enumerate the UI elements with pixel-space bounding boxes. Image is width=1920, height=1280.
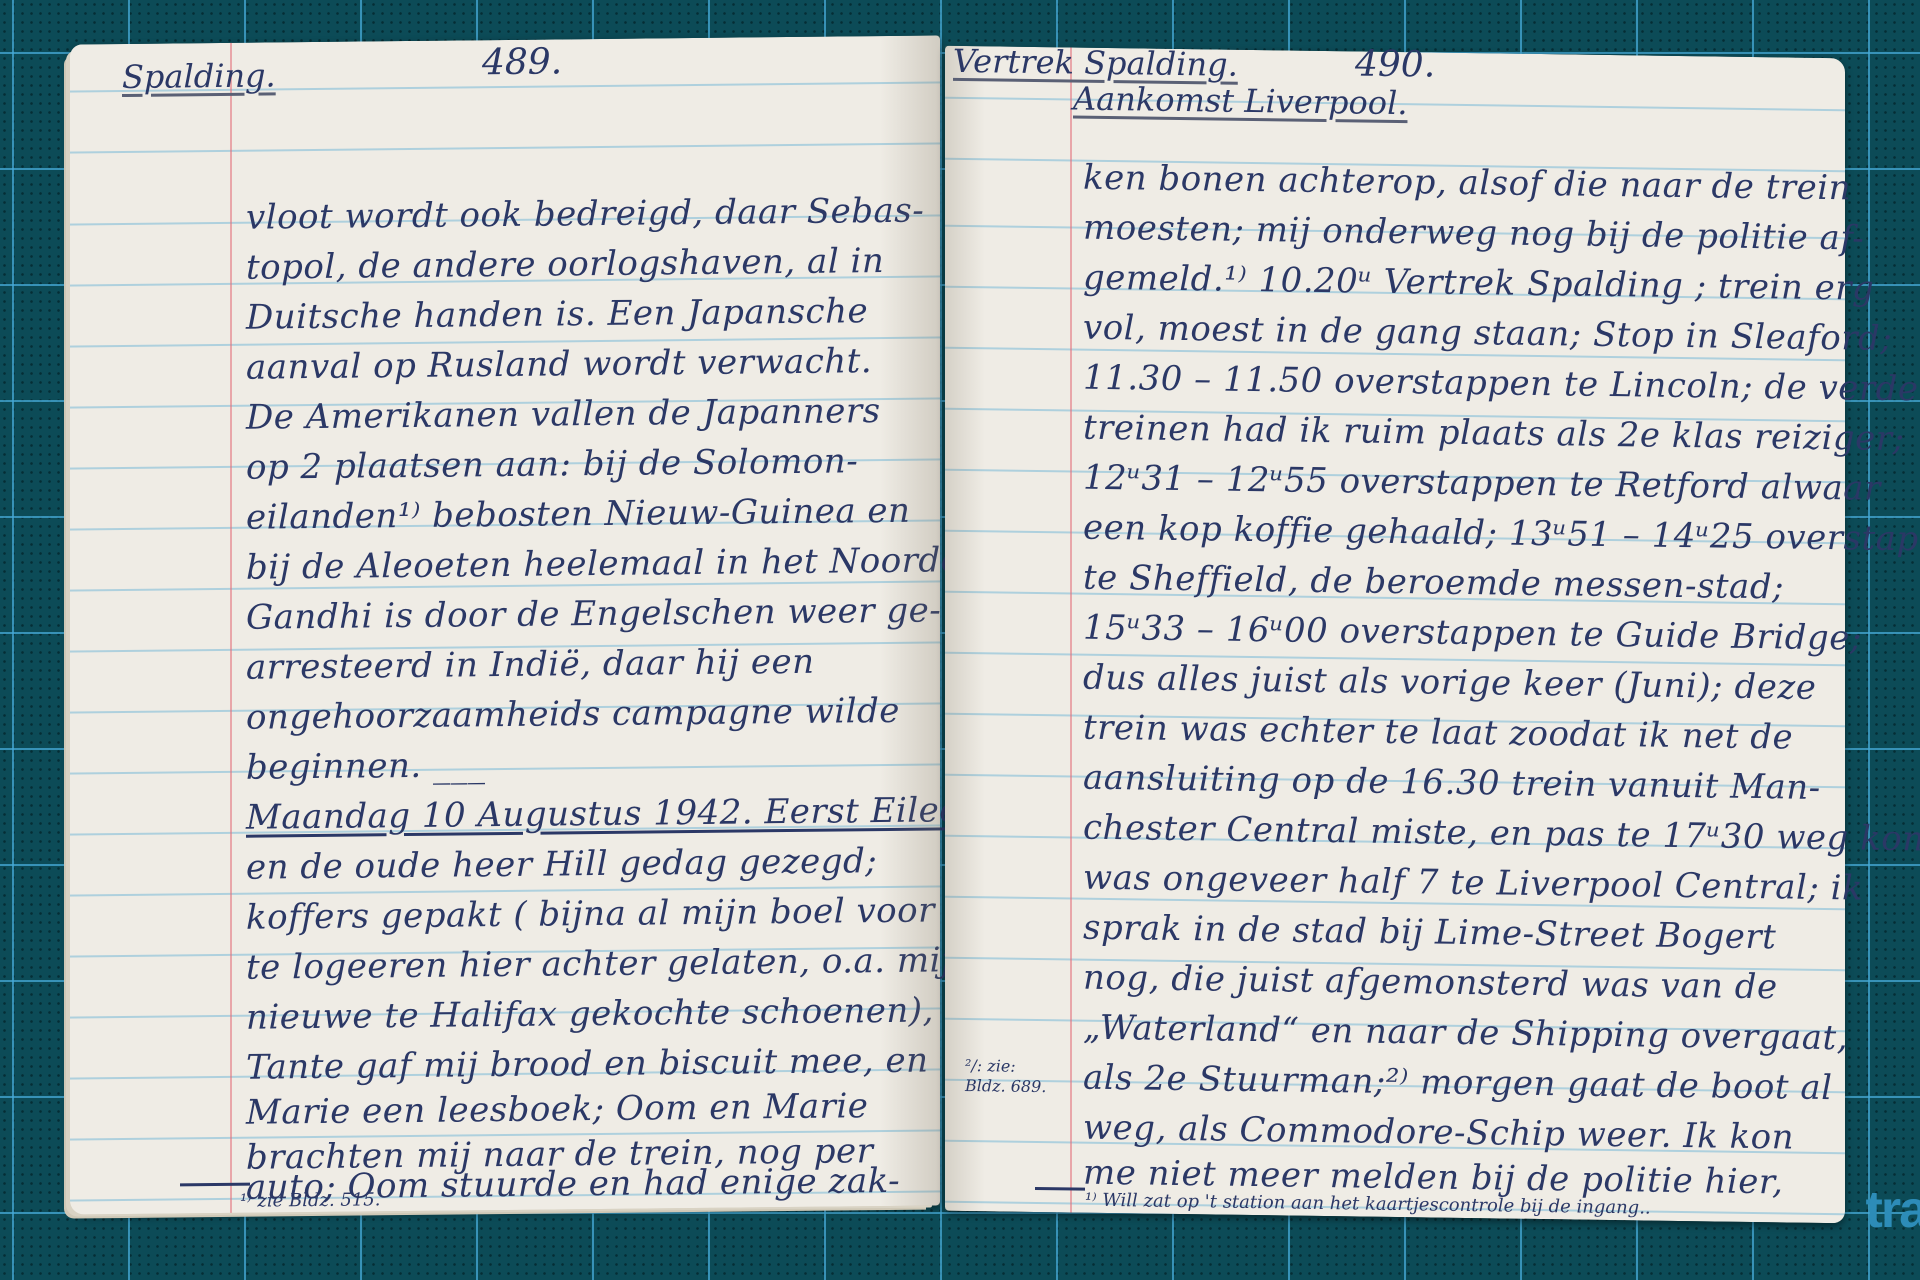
- text-line: De Amerikanen vallen de Japanners: [246, 391, 881, 438]
- text-line: weg, als Commodore-Schip weer. Ik kon: [1083, 1108, 1794, 1158]
- footnote-rule: [1035, 1187, 1085, 1191]
- margin-line: [1070, 47, 1072, 1212]
- text-line: trein was echter te laat zoodat ik net d…: [1083, 708, 1793, 758]
- text-line: bij de Aleoeten heelemaal in het Noorden…: [246, 540, 995, 588]
- text-line: ongehoorzaamheids campagne wilde: [246, 691, 900, 738]
- text-line: koffers gepakt ( bijna al mijn boel voor: [246, 890, 935, 937]
- text-line: topol, de andere oorlogshaven, al in: [246, 241, 884, 288]
- text-line: eilanden¹⁾ bebosten Nieuw-Guinea en: [246, 491, 910, 538]
- page-subheader: Aankomst Liverpool.: [1073, 80, 1407, 123]
- text-line: arresteerd in Indië, daar hij een: [246, 642, 815, 688]
- text-line: dus alles juist als vorige keer (Juni); …: [1083, 658, 1816, 708]
- right-page: Vertrek Spalding. 490. Aankomst Liverpoo…: [945, 46, 1845, 1224]
- text-line: vol, moest in de gang staan; Stop in Sle…: [1083, 308, 1892, 359]
- text-line: gemeld.¹⁾ 10.20ᵘ Vertrek Spalding ; trei…: [1083, 258, 1874, 309]
- margin-note-line: Bldz. 689.: [965, 1076, 1046, 1097]
- text-line: vloot wordt ook bedreigd, daar Sebas-: [246, 191, 924, 238]
- page-header: Spalding.: [122, 56, 276, 96]
- text-line: een kop koffie gehaald; 13ᵘ51 – 14ᵘ25 ov…: [1083, 508, 1920, 561]
- text-line: 12ᵘ31 – 12ᵘ55 overstappen te Retford alw…: [1083, 458, 1881, 509]
- text-line: en de oude heer Hill gedag gezegd;: [246, 841, 877, 888]
- text-line: Gandhi is door de Engelschen weer ge-: [246, 590, 941, 637]
- margin-line: [230, 43, 232, 1213]
- text-line: 11.30 – 11.50 overstappen te Lincoln; de…: [1083, 358, 1920, 410]
- text-line: aanval op Rusland wordt verwacht.: [246, 341, 872, 388]
- page-number: 490.: [1355, 43, 1435, 85]
- text-line: 15ᵘ33 – 16ᵘ00 overstappen te Guide Bridg…: [1083, 608, 1862, 659]
- footnote: ¹⁾ zie Bldz. 515.: [240, 1189, 380, 1211]
- text-line: te Sheffield, de beroemde messen-stad;: [1083, 558, 1784, 608]
- left-page: Spalding. 489. vloot wordt ook bedreigd,…: [70, 35, 940, 1214]
- text-line: Marie een leesboek; Oom en Marie: [246, 1086, 868, 1133]
- mat-logo: tra: [1866, 1180, 1920, 1240]
- open-notebook: Spalding. 489. vloot wordt ook bedreigd,…: [0, 0, 1920, 1280]
- text-line: chester Central miste, en pas te 17ᵘ30 w…: [1083, 808, 1920, 860]
- text-line: moesten; mij onderweg nog bij de politie…: [1083, 208, 1864, 259]
- text-line: te logeeren hier achter gelaten, o.a. mi…: [246, 940, 974, 988]
- text-line: Duitsche handen is. Een Japansche: [246, 291, 868, 338]
- text-line: Tante gaf mij brood en biscuit mee, en: [246, 1041, 929, 1088]
- page-number: 489.: [482, 41, 562, 83]
- text-line: sprak in de stad bij Lime-Street Bogert: [1083, 908, 1776, 958]
- text-line: als 2e Stuurman;²⁾ morgen gaat de boot a…: [1083, 1058, 1832, 1108]
- margin-note: ²/: zie: Bldz. 689.: [965, 1056, 1046, 1097]
- text-line: „Waterland“ en naar de Shipping overgaat…: [1083, 1008, 1848, 1059]
- page-header: Vertrek Spalding.: [953, 42, 1238, 84]
- footnote-rule: [180, 1183, 250, 1187]
- margin-note-line: ²/: zie:: [965, 1056, 1046, 1077]
- text-line: was ongeveer half 7 te Liverpool Central…: [1083, 858, 1863, 909]
- date-heading-line: Maandag 10 Augustus 1942. Eerst Eileen: [246, 790, 982, 838]
- text-line: treinen had ik ruim plaats als 2e klas r…: [1083, 408, 1904, 459]
- text-line: op 2 plaatsen aan: bij de Solomon-: [246, 441, 858, 487]
- text-line: nog, die juist afgemonsterd was van de: [1083, 958, 1778, 1008]
- text-line: ken bonen achterop, alsof die naar de tr…: [1083, 158, 1851, 209]
- text-line: aansluiting op de 16.30 trein vanuit Man…: [1083, 758, 1821, 808]
- text-line: beginnen. ___: [246, 745, 485, 788]
- text-line: nieuwe te Halifax gekochte schoenen),: [246, 991, 934, 1038]
